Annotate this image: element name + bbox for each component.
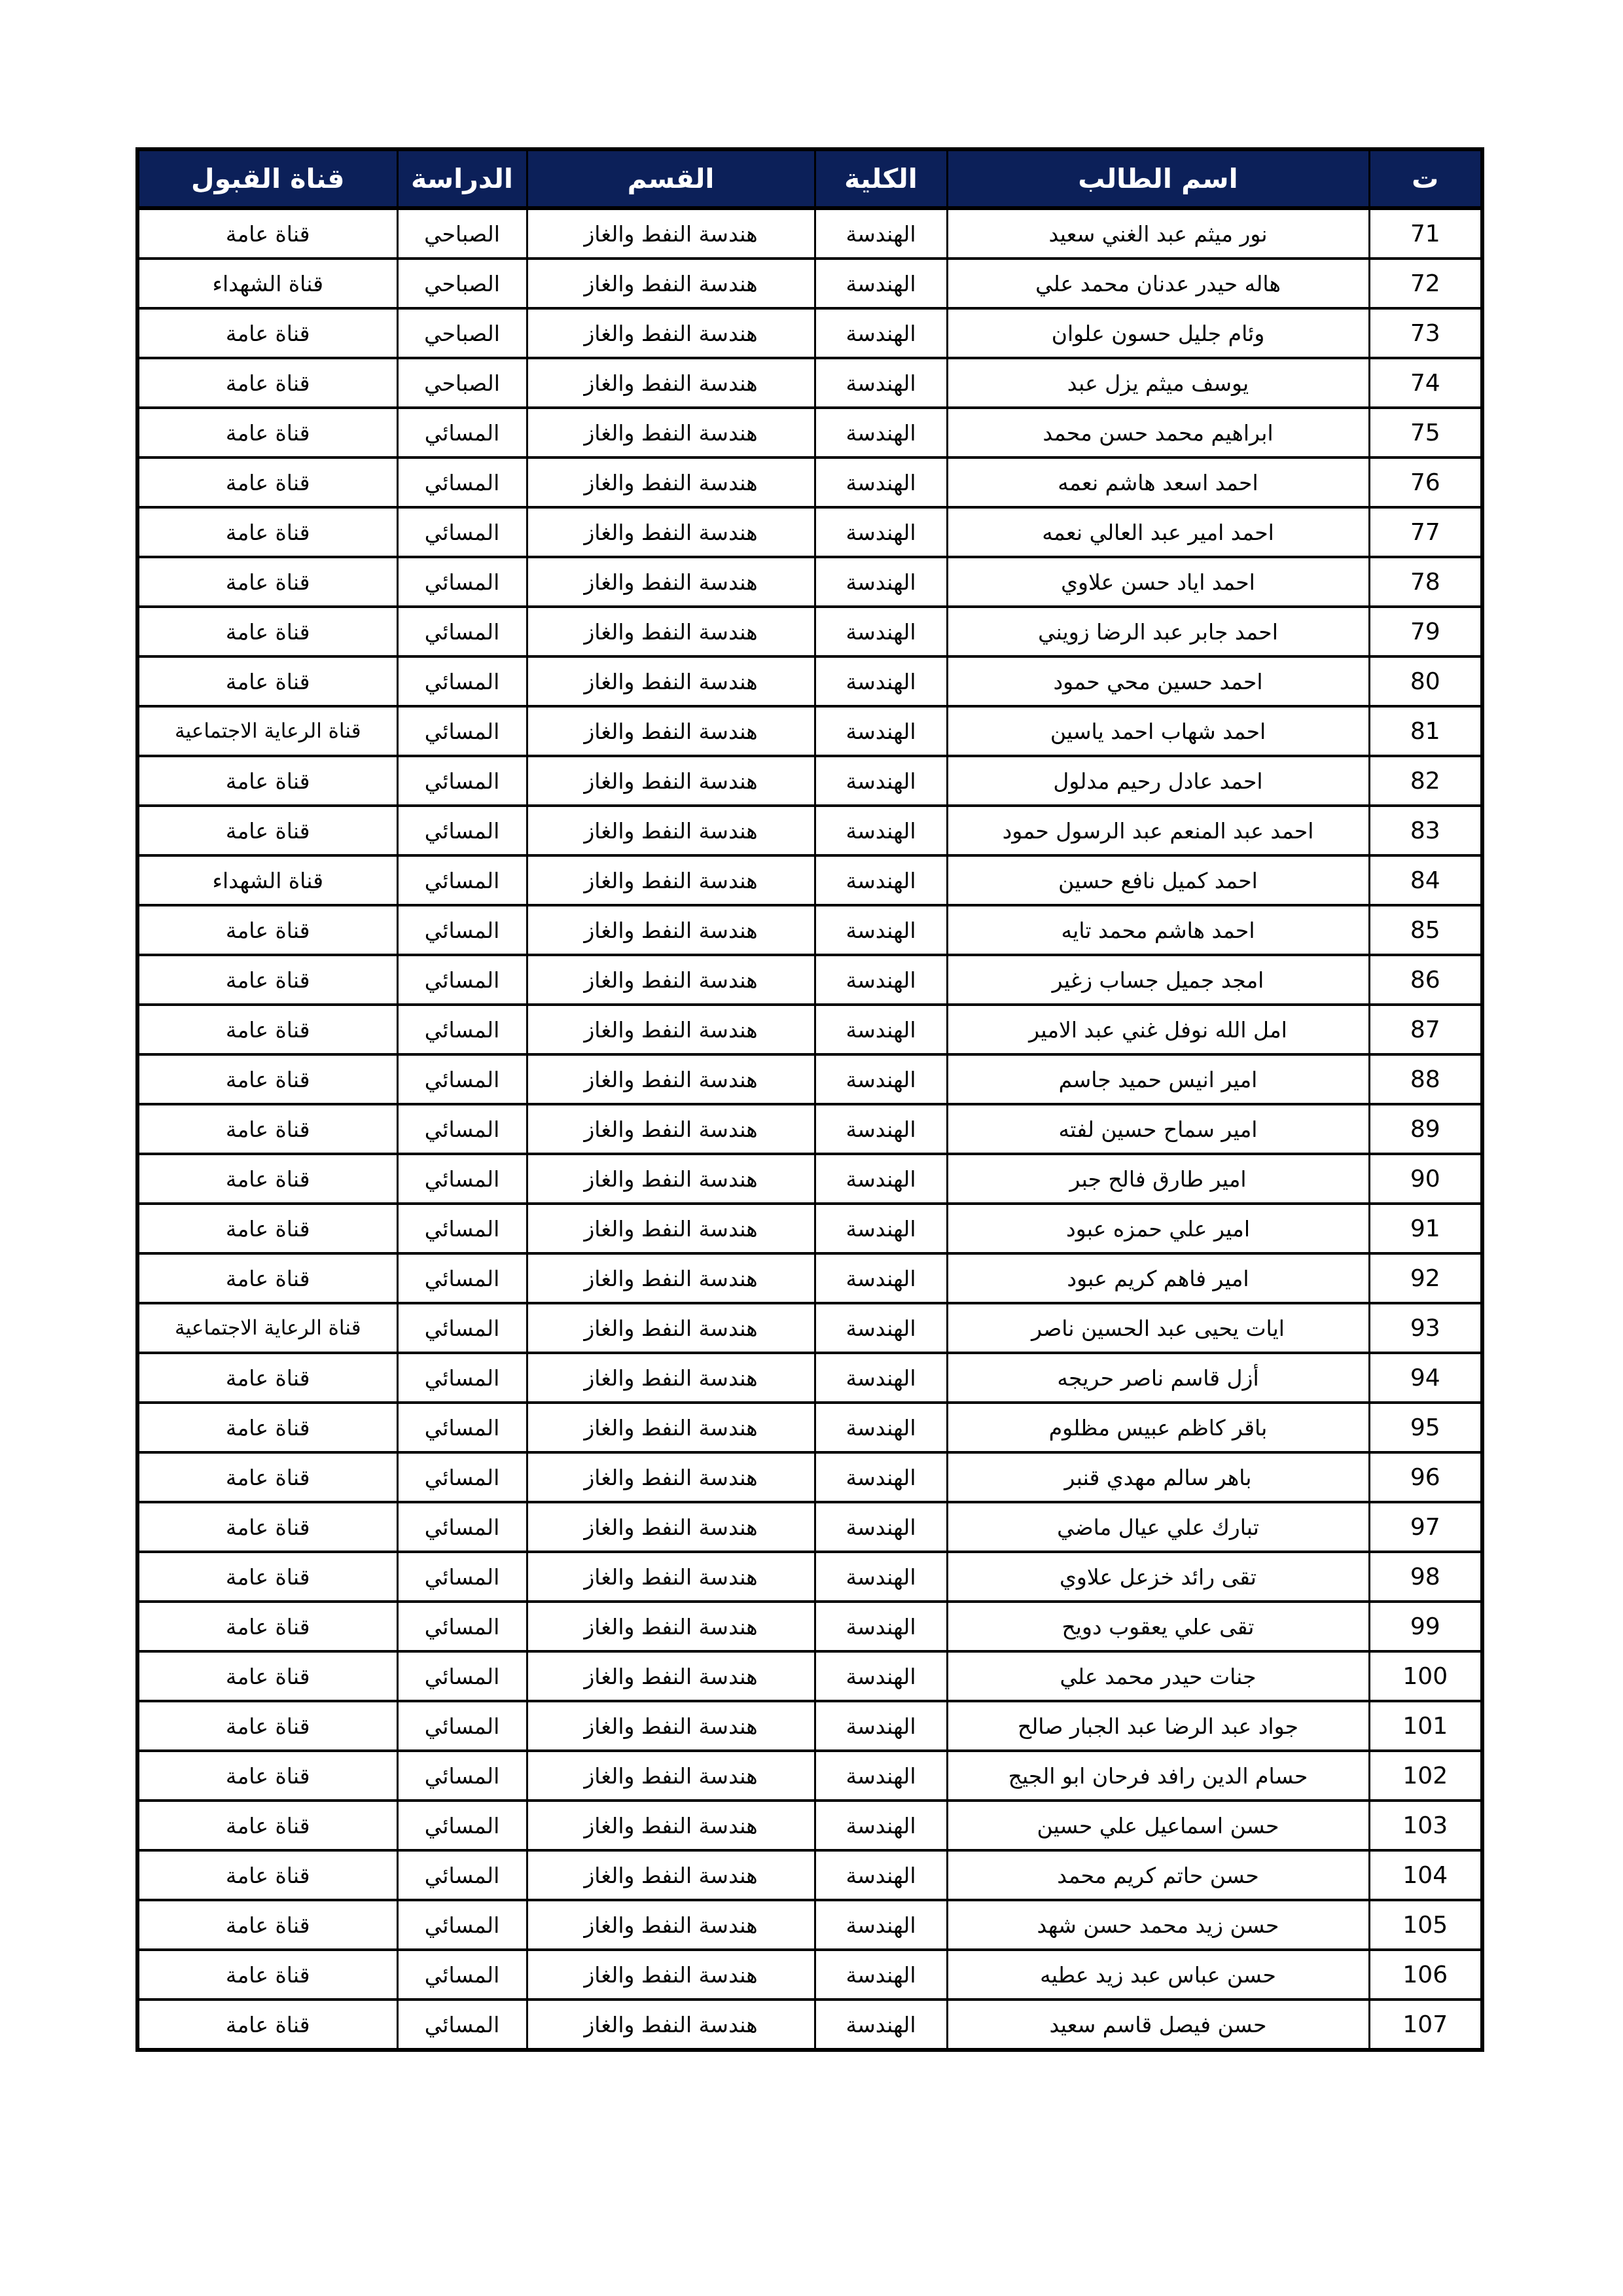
cell-student-name: باهر سالم مهدي قنبر: [947, 1452, 1369, 1502]
cell-student-name: احمد اياد حسن علاوي: [947, 557, 1369, 607]
cell-department: هندسة النفط والغاز: [527, 1701, 815, 1751]
cell-department: هندسة النفط والغاز: [527, 1253, 815, 1303]
cell-number: 94: [1369, 1353, 1482, 1403]
table-row: 106 حسن عباس عبد زيد عطيه الهندسة هندسة …: [137, 1950, 1482, 2000]
table-row: 91 امير علي حمزه عبود الهندسة هندسة النف…: [137, 1204, 1482, 1253]
cell-college: الهندسة: [815, 1900, 947, 1950]
cell-student-name: امير علي حمزه عبود: [947, 1204, 1369, 1253]
table-row: 101 جواد عبد الرضا عبد الجبار صالح الهند…: [137, 1701, 1482, 1751]
cell-student-name: حسن زيد محمد حسن شهد: [947, 1900, 1369, 1950]
cell-college: الهندسة: [815, 1054, 947, 1104]
cell-student-name: امجد جميل جساب زغير: [947, 955, 1369, 1005]
cell-department: هندسة النفط والغاز: [527, 905, 815, 955]
cell-student-name: احمد امير عبد العالي نعمه: [947, 507, 1369, 557]
cell-college: الهندسة: [815, 656, 947, 706]
cell-student-name: حسن اسماعيل علي حسين: [947, 1801, 1369, 1850]
cell-number: 76: [1369, 457, 1482, 507]
cell-student-name: احمد كميل نافع حسين: [947, 855, 1369, 905]
cell-college: الهندسة: [815, 1651, 947, 1701]
cell-department: هندسة النفط والغاز: [527, 1005, 815, 1054]
table-row: 97 تبارك علي عيال ماضي الهندسة هندسة الن…: [137, 1502, 1482, 1552]
cell-student-name: تقى علي يعقوب دويح: [947, 1602, 1369, 1651]
cell-department: هندسة النفط والغاز: [527, 1801, 815, 1850]
cell-department: هندسة النفط والغاز: [527, 656, 815, 706]
cell-admission-channel: قناة عامة: [137, 955, 397, 1005]
cell-student-name: ايات يحيى عبد الحسين ناصر: [947, 1303, 1369, 1353]
table-row: 81 احمد شهاب احمد ياسين الهندسة هندسة ال…: [137, 706, 1482, 756]
cell-number: 96: [1369, 1452, 1482, 1502]
header-row: ت اسم الطالب الكلية القسم الدراسة قناة ا…: [137, 149, 1482, 208]
cell-college: الهندسة: [815, 1552, 947, 1602]
cell-study-type: المسائي: [397, 1353, 527, 1403]
cell-college: الهندسة: [815, 1005, 947, 1054]
cell-student-name: احمد هاشم محمد تايه: [947, 905, 1369, 955]
cell-college: الهندسة: [815, 1602, 947, 1651]
cell-admission-channel: قناة عامة: [137, 1253, 397, 1303]
table-row: 82 احمد عادل رحيم مدلول الهندسة هندسة ال…: [137, 756, 1482, 806]
cell-student-name: باقر كاظم عبيس مظلوم: [947, 1403, 1369, 1452]
cell-student-name: تقى رائد خزعل علاوي: [947, 1552, 1369, 1602]
cell-department: هندسة النفط والغاز: [527, 1204, 815, 1253]
cell-admission-channel: قناة عامة: [137, 756, 397, 806]
cell-department: هندسة النفط والغاز: [527, 2000, 815, 2050]
cell-college: الهندسة: [815, 259, 947, 308]
cell-study-type: المسائي: [397, 507, 527, 557]
cell-college: الهندسة: [815, 1751, 947, 1801]
cell-college: الهندسة: [815, 1353, 947, 1403]
cell-student-name: احمد عادل رحيم مدلول: [947, 756, 1369, 806]
cell-student-name: احمد اسعد هاشم نعمه: [947, 457, 1369, 507]
cell-department: هندسة النفط والغاز: [527, 1452, 815, 1502]
cell-student-name: امير سماح حسين لفته: [947, 1104, 1369, 1154]
cell-student-name: احمد شهاب احمد ياسين: [947, 706, 1369, 756]
cell-number: 81: [1369, 706, 1482, 756]
cell-study-type: المسائي: [397, 1552, 527, 1602]
cell-college: الهندسة: [815, 1701, 947, 1751]
cell-number: 97: [1369, 1502, 1482, 1552]
cell-admission-channel: قناة الشهداء: [137, 259, 397, 308]
cell-admission-channel: قناة عامة: [137, 1452, 397, 1502]
cell-student-name: جنات حيدر محمد علي: [947, 1651, 1369, 1701]
header-number: ت: [1369, 149, 1482, 208]
cell-number: 75: [1369, 408, 1482, 457]
cell-college: الهندسة: [815, 905, 947, 955]
cell-study-type: المسائي: [397, 408, 527, 457]
cell-student-name: حسام الدين رافد فرحان ابو الجيج: [947, 1751, 1369, 1801]
cell-college: الهندسة: [815, 1950, 947, 2000]
cell-study-type: المسائي: [397, 955, 527, 1005]
cell-college: الهندسة: [815, 507, 947, 557]
cell-number: 88: [1369, 1054, 1482, 1104]
cell-student-name: حسن عباس عبد زيد عطيه: [947, 1950, 1369, 2000]
table-header: ت اسم الطالب الكلية القسم الدراسة قناة ا…: [137, 149, 1482, 208]
cell-student-name: تبارك علي عيال ماضي: [947, 1502, 1369, 1552]
cell-admission-channel: قناة الشهداء: [137, 855, 397, 905]
cell-admission-channel: قناة الرعاية الاجتماعية: [137, 1303, 397, 1353]
cell-college: الهندسة: [815, 1801, 947, 1850]
table-row: 74 يوسف ميثم يزل عبد الهندسة هندسة النفط…: [137, 358, 1482, 408]
table-row: 72 هاله حيدر عدنان محمد علي الهندسة هندس…: [137, 259, 1482, 308]
cell-study-type: المسائي: [397, 1452, 527, 1502]
cell-number: 101: [1369, 1701, 1482, 1751]
cell-number: 92: [1369, 1253, 1482, 1303]
cell-admission-channel: قناة عامة: [137, 358, 397, 408]
cell-number: 72: [1369, 259, 1482, 308]
cell-number: 78: [1369, 557, 1482, 607]
cell-study-type: المسائي: [397, 1403, 527, 1452]
cell-admission-channel: قناة عامة: [137, 607, 397, 656]
cell-department: هندسة النفط والغاز: [527, 358, 815, 408]
cell-student-name: يوسف ميثم يزل عبد: [947, 358, 1369, 408]
table-row: 85 احمد هاشم محمد تايه الهندسة هندسة الن…: [137, 905, 1482, 955]
cell-study-type: المسائي: [397, 1303, 527, 1353]
cell-student-name: أزل قاسم ناصر حريجه: [947, 1353, 1369, 1403]
cell-admission-channel: قناة عامة: [137, 1602, 397, 1651]
cell-study-type: المسائي: [397, 855, 527, 905]
cell-department: هندسة النفط والغاز: [527, 208, 815, 259]
cell-admission-channel: قناة عامة: [137, 1900, 397, 1950]
table-row: 77 احمد امير عبد العالي نعمه الهندسة هند…: [137, 507, 1482, 557]
cell-number: 74: [1369, 358, 1482, 408]
cell-number: 84: [1369, 855, 1482, 905]
cell-department: هندسة النفط والغاز: [527, 1502, 815, 1552]
cell-college: الهندسة: [815, 208, 947, 259]
cell-college: الهندسة: [815, 1154, 947, 1204]
cell-admission-channel: قناة عامة: [137, 1104, 397, 1154]
cell-admission-channel: قناة عامة: [137, 1552, 397, 1602]
cell-study-type: المسائي: [397, 1651, 527, 1701]
table-row: 102 حسام الدين رافد فرحان ابو الجيج الهن…: [137, 1751, 1482, 1801]
cell-college: الهندسة: [815, 1850, 947, 1900]
cell-department: هندسة النفط والغاز: [527, 1054, 815, 1104]
header-department: القسم: [527, 149, 815, 208]
cell-college: الهندسة: [815, 1104, 947, 1154]
cell-number: 93: [1369, 1303, 1482, 1353]
cell-number: 98: [1369, 1552, 1482, 1602]
cell-number: 79: [1369, 607, 1482, 656]
cell-college: الهندسة: [815, 806, 947, 855]
table-row: 94 أزل قاسم ناصر حريجه الهندسة هندسة الن…: [137, 1353, 1482, 1403]
cell-admission-channel: قناة عامة: [137, 1054, 397, 1104]
cell-student-name: امير انيس حميد جاسم: [947, 1054, 1369, 1104]
cell-admission-channel: قناة عامة: [137, 507, 397, 557]
cell-college: الهندسة: [815, 1253, 947, 1303]
header-student-name: اسم الطالب: [947, 149, 1369, 208]
cell-college: الهندسة: [815, 706, 947, 756]
cell-department: هندسة النفط والغاز: [527, 408, 815, 457]
cell-department: هندسة النفط والغاز: [527, 1154, 815, 1204]
table-row: 93 ايات يحيى عبد الحسين ناصر الهندسة هند…: [137, 1303, 1482, 1353]
cell-department: هندسة النفط والغاز: [527, 557, 815, 607]
cell-department: هندسة النفط والغاز: [527, 706, 815, 756]
cell-student-name: امير فاهم كريم عبود: [947, 1253, 1369, 1303]
table-row: 89 امير سماح حسين لفته الهندسة هندسة الن…: [137, 1104, 1482, 1154]
cell-admission-channel: قناة عامة: [137, 308, 397, 358]
header-college: الكلية: [815, 149, 947, 208]
cell-study-type: المسائي: [397, 1751, 527, 1801]
cell-number: 91: [1369, 1204, 1482, 1253]
cell-study-type: المسائي: [397, 1850, 527, 1900]
cell-college: الهندسة: [815, 2000, 947, 2050]
table-row: 86 امجد جميل جساب زغير الهندسة هندسة الن…: [137, 955, 1482, 1005]
cell-department: هندسة النفط والغاز: [527, 806, 815, 855]
cell-number: 82: [1369, 756, 1482, 806]
table-row: 103 حسن اسماعيل علي حسين الهندسة هندسة ا…: [137, 1801, 1482, 1850]
cell-number: 87: [1369, 1005, 1482, 1054]
cell-study-type: المسائي: [397, 706, 527, 756]
cell-study-type: المسائي: [397, 1253, 527, 1303]
cell-college: الهندسة: [815, 1502, 947, 1552]
cell-admission-channel: قناة الرعاية الاجتماعية: [137, 706, 397, 756]
cell-admission-channel: قناة عامة: [137, 1502, 397, 1552]
table-row: 100 جنات حيدر محمد علي الهندسة هندسة الن…: [137, 1651, 1482, 1701]
cell-admission-channel: قناة عامة: [137, 1353, 397, 1403]
cell-admission-channel: قناة عامة: [137, 1154, 397, 1204]
cell-number: 90: [1369, 1154, 1482, 1204]
table-row: 73 وئام جليل حسون علوان الهندسة هندسة ال…: [137, 308, 1482, 358]
table-row: 99 تقى علي يعقوب دويح الهندسة هندسة النف…: [137, 1602, 1482, 1651]
cell-department: هندسة النفط والغاز: [527, 955, 815, 1005]
table-row: 90 امير طارق فالح جبر الهندسة هندسة النف…: [137, 1154, 1482, 1204]
cell-study-type: المسائي: [397, 1950, 527, 2000]
cell-number: 107: [1369, 2000, 1482, 2050]
cell-study-type: الصباحي: [397, 259, 527, 308]
cell-department: هندسة النفط والغاز: [527, 1303, 815, 1353]
cell-study-type: المسائي: [397, 1900, 527, 1950]
cell-number: 85: [1369, 905, 1482, 955]
cell-student-name: وئام جليل حسون علوان: [947, 308, 1369, 358]
cell-student-name: نور ميثم عبد الغني سعيد: [947, 208, 1369, 259]
cell-college: الهندسة: [815, 408, 947, 457]
cell-department: هندسة النفط والغاز: [527, 607, 815, 656]
cell-college: الهندسة: [815, 955, 947, 1005]
cell-department: هندسة النفط والغاز: [527, 1751, 815, 1801]
cell-study-type: المسائي: [397, 1005, 527, 1054]
cell-student-name: احمد جابر عبد الرضا زويني: [947, 607, 1369, 656]
table-row: 96 باهر سالم مهدي قنبر الهندسة هندسة الن…: [137, 1452, 1482, 1502]
cell-number: 105: [1369, 1900, 1482, 1950]
cell-number: 102: [1369, 1751, 1482, 1801]
cell-study-type: المسائي: [397, 1104, 527, 1154]
cell-admission-channel: قناة عامة: [137, 1403, 397, 1452]
cell-number: 71: [1369, 208, 1482, 259]
cell-admission-channel: قناة عامة: [137, 457, 397, 507]
cell-number: 83: [1369, 806, 1482, 855]
cell-department: هندسة النفط والغاز: [527, 1552, 815, 1602]
cell-college: الهندسة: [815, 855, 947, 905]
table-row: 107 حسن فيصل قاسم سعيد الهندسة هندسة الن…: [137, 2000, 1482, 2050]
table-row: 88 امير انيس حميد جاسم الهندسة هندسة الن…: [137, 1054, 1482, 1104]
header-admission-channel: قناة القبول: [137, 149, 397, 208]
cell-department: هندسة النفط والغاز: [527, 457, 815, 507]
cell-department: هندسة النفط والغاز: [527, 1602, 815, 1651]
cell-admission-channel: قناة عامة: [137, 1701, 397, 1751]
cell-department: هندسة النفط والغاز: [527, 259, 815, 308]
table-row: 105 حسن زيد محمد حسن شهد الهندسة هندسة ا…: [137, 1900, 1482, 1950]
cell-student-name: احمد حسين محي حمود: [947, 656, 1369, 706]
table-row: 87 امل الله نوفل غني عبد الامير الهندسة …: [137, 1005, 1482, 1054]
table-row: 75 ابراهيم محمد حسن محمد الهندسة هندسة ا…: [137, 408, 1482, 457]
cell-study-type: المسائي: [397, 656, 527, 706]
cell-admission-channel: قناة عامة: [137, 1751, 397, 1801]
cell-college: الهندسة: [815, 308, 947, 358]
cell-student-name: جواد عبد الرضا عبد الجبار صالح: [947, 1701, 1369, 1751]
cell-department: هندسة النفط والغاز: [527, 1850, 815, 1900]
table-row: 76 احمد اسعد هاشم نعمه الهندسة هندسة الن…: [137, 457, 1482, 507]
table-row: 104 حسن حاتم كريم محمد الهندسة هندسة الن…: [137, 1850, 1482, 1900]
cell-number: 100: [1369, 1651, 1482, 1701]
cell-department: هندسة النفط والغاز: [527, 855, 815, 905]
cell-department: هندسة النفط والغاز: [527, 1353, 815, 1403]
cell-college: الهندسة: [815, 1204, 947, 1253]
cell-admission-channel: قناة عامة: [137, 1950, 397, 2000]
cell-study-type: المسائي: [397, 2000, 527, 2050]
table-row: 78 احمد اياد حسن علاوي الهندسة هندسة الن…: [137, 557, 1482, 607]
cell-study-type: المسائي: [397, 806, 527, 855]
cell-department: هندسة النفط والغاز: [527, 1950, 815, 2000]
table-row: 84 احمد كميل نافع حسين الهندسة هندسة الن…: [137, 855, 1482, 905]
cell-number: 86: [1369, 955, 1482, 1005]
cell-study-type: المسائي: [397, 756, 527, 806]
table-body: 71 نور ميثم عبد الغني سعيد الهندسة هندسة…: [137, 208, 1482, 2050]
cell-number: 77: [1369, 507, 1482, 557]
cell-admission-channel: قناة عامة: [137, 1801, 397, 1850]
cell-student-name: امل الله نوفل غني عبد الامير: [947, 1005, 1369, 1054]
cell-department: هندسة النفط والغاز: [527, 507, 815, 557]
cell-admission-channel: قناة عامة: [137, 656, 397, 706]
cell-study-type: الصباحي: [397, 308, 527, 358]
cell-admission-channel: قناة عامة: [137, 905, 397, 955]
cell-study-type: الصباحي: [397, 358, 527, 408]
cell-student-name: حسن حاتم كريم محمد: [947, 1850, 1369, 1900]
cell-department: هندسة النفط والغاز: [527, 1651, 815, 1701]
table-row: 95 باقر كاظم عبيس مظلوم الهندسة هندسة ال…: [137, 1403, 1482, 1452]
cell-admission-channel: قناة عامة: [137, 2000, 397, 2050]
cell-admission-channel: قناة عامة: [137, 1005, 397, 1054]
cell-number: 99: [1369, 1602, 1482, 1651]
cell-study-type: المسائي: [397, 1701, 527, 1751]
cell-department: هندسة النفط والغاز: [527, 1403, 815, 1452]
cell-admission-channel: قناة عامة: [137, 208, 397, 259]
cell-student-name: ابراهيم محمد حسن محمد: [947, 408, 1369, 457]
cell-study-type: المسائي: [397, 607, 527, 656]
page: { "colors": { "header_bg": "#0c2059", "h…: [0, 0, 1623, 2296]
cell-study-type: المسائي: [397, 1502, 527, 1552]
cell-department: هندسة النفط والغاز: [527, 756, 815, 806]
cell-admission-channel: قناة عامة: [137, 1204, 397, 1253]
cell-student-name: امير طارق فالح جبر: [947, 1154, 1369, 1204]
cell-admission-channel: قناة عامة: [137, 1850, 397, 1900]
cell-study-type: المسائي: [397, 1054, 527, 1104]
cell-department: هندسة النفط والغاز: [527, 1900, 815, 1950]
cell-college: الهندسة: [815, 557, 947, 607]
cell-number: 103: [1369, 1801, 1482, 1850]
table-row: 92 امير فاهم كريم عبود الهندسة هندسة الن…: [137, 1253, 1482, 1303]
cell-study-type: الصباحي: [397, 208, 527, 259]
cell-number: 106: [1369, 1950, 1482, 2000]
cell-admission-channel: قناة عامة: [137, 408, 397, 457]
cell-student-name: هاله حيدر عدنان محمد علي: [947, 259, 1369, 308]
cell-college: الهندسة: [815, 1403, 947, 1452]
cell-number: 89: [1369, 1104, 1482, 1154]
students-table: ت اسم الطالب الكلية القسم الدراسة قناة ا…: [135, 147, 1484, 2052]
table-row: 71 نور ميثم عبد الغني سعيد الهندسة هندسة…: [137, 208, 1482, 259]
cell-number: 104: [1369, 1850, 1482, 1900]
cell-student-name: حسن فيصل قاسم سعيد: [947, 2000, 1369, 2050]
cell-student-name: احمد عبد المنعم عبد الرسول حمود: [947, 806, 1369, 855]
cell-study-type: المسائي: [397, 1602, 527, 1651]
table-row: 98 تقى رائد خزعل علاوي الهندسة هندسة الن…: [137, 1552, 1482, 1602]
cell-college: الهندسة: [815, 607, 947, 656]
header-study-type: الدراسة: [397, 149, 527, 208]
cell-study-type: المسائي: [397, 457, 527, 507]
cell-number: 95: [1369, 1403, 1482, 1452]
cell-number: 80: [1369, 656, 1482, 706]
cell-study-type: المسائي: [397, 1204, 527, 1253]
cell-college: الهندسة: [815, 457, 947, 507]
cell-college: الهندسة: [815, 1452, 947, 1502]
cell-college: الهندسة: [815, 358, 947, 408]
cell-study-type: المسائي: [397, 1154, 527, 1204]
cell-study-type: المسائي: [397, 1801, 527, 1850]
cell-college: الهندسة: [815, 756, 947, 806]
cell-college: الهندسة: [815, 1303, 947, 1353]
cell-admission-channel: قناة عامة: [137, 557, 397, 607]
cell-admission-channel: قناة عامة: [137, 806, 397, 855]
table-row: 83 احمد عبد المنعم عبد الرسول حمود الهند…: [137, 806, 1482, 855]
table-row: 79 احمد جابر عبد الرضا زويني الهندسة هند…: [137, 607, 1482, 656]
cell-study-type: المسائي: [397, 905, 527, 955]
cell-study-type: المسائي: [397, 557, 527, 607]
table-row: 80 احمد حسين محي حمود الهندسة هندسة النف…: [137, 656, 1482, 706]
cell-department: هندسة النفط والغاز: [527, 1104, 815, 1154]
cell-number: 73: [1369, 308, 1482, 358]
cell-admission-channel: قناة عامة: [137, 1651, 397, 1701]
cell-department: هندسة النفط والغاز: [527, 308, 815, 358]
